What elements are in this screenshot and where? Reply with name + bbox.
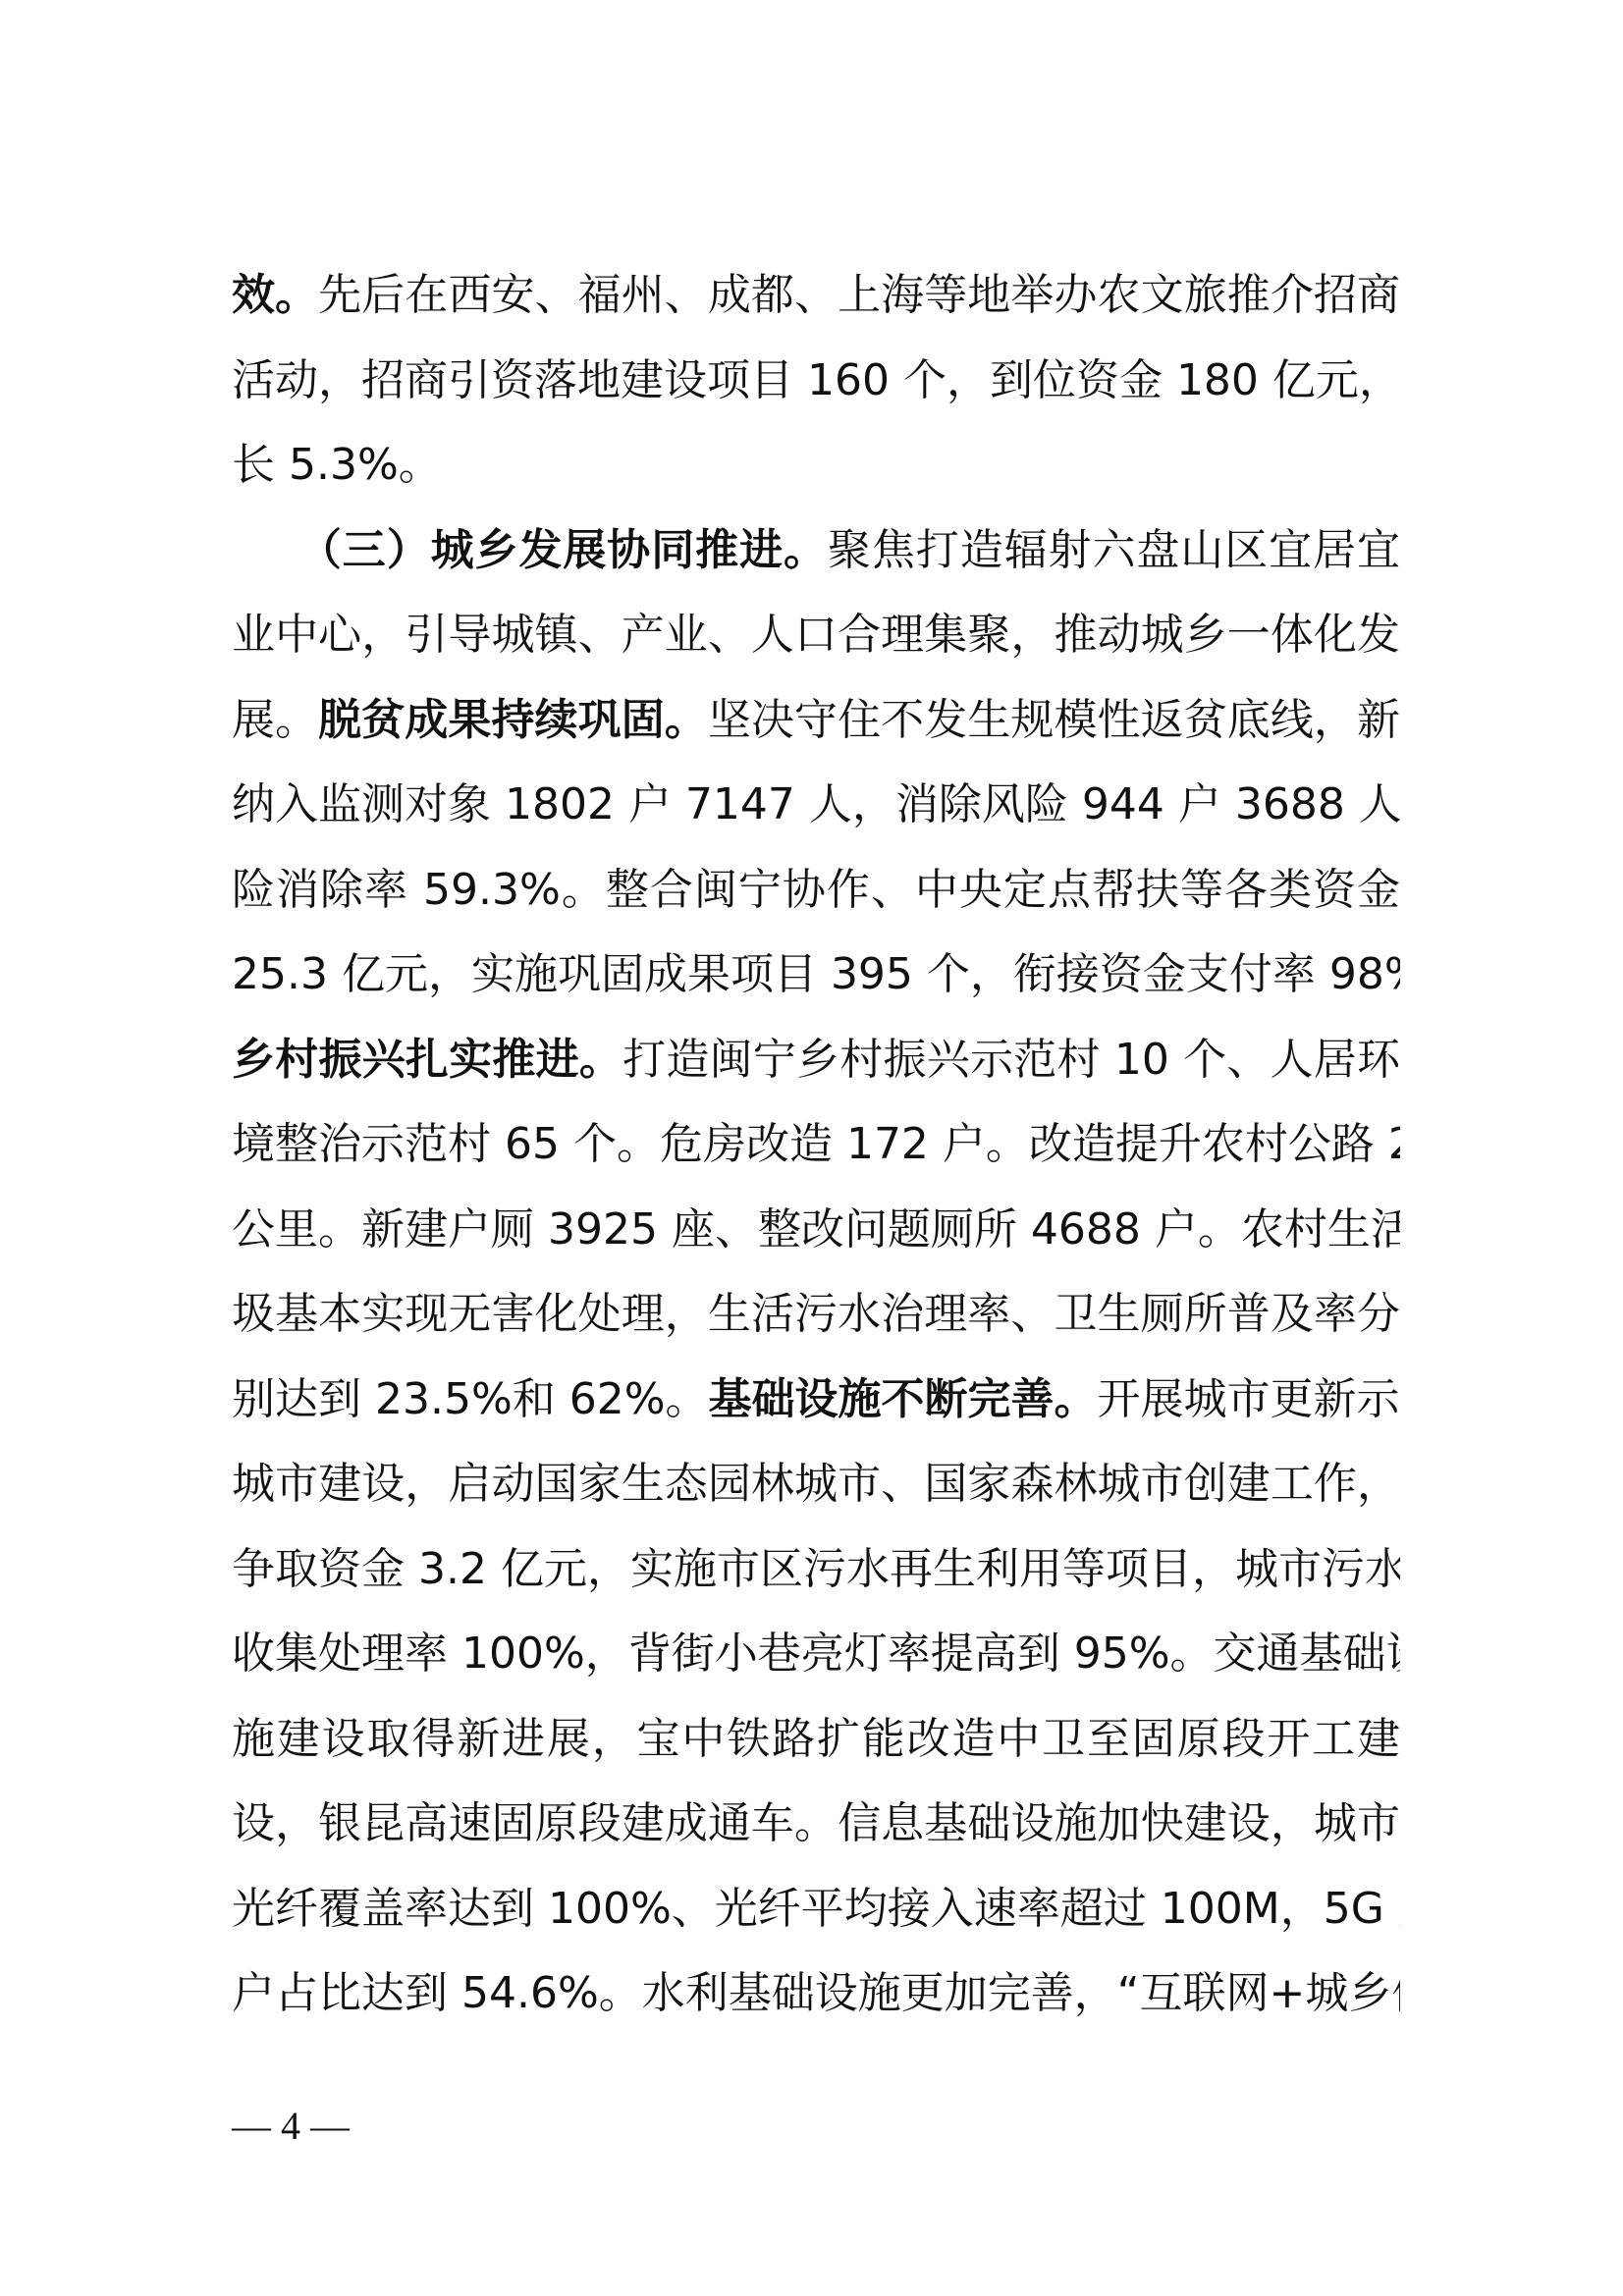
body-text: 纳入监测对象 1802 户 7147 人，消除风险 944 户 3688 人，风: [232, 779, 1400, 829]
body-text: 坚决守住不发生规模性返贫底线，新: [708, 695, 1400, 745]
text-line-4: （三）城乡发展协同推进。聚焦打造辐射六盘山区宜居宜: [232, 508, 1400, 594]
body-text: 争取资金 3.2 亿元，实施市区污水再生利用等项目，城市污水: [232, 1544, 1400, 1594]
bold-phrase: 效。: [232, 270, 318, 320]
bold-phrase: 乡村振兴扎实推进。: [232, 1035, 622, 1085]
text-line-2: 活动，招商引资落地建设项目 160 个，到位资金 180 亿元，增: [232, 339, 1400, 424]
text-line-13: 圾基本实现无害化处理，生活污水治理率、卫生厕所普及率分: [232, 1272, 1400, 1358]
body-text: 圾基本实现无害化处理，生活污水治理率、卫生厕所普及率分: [232, 1289, 1400, 1339]
body-text: 25.3 亿元，实施巩固成果项目 395 个，衔接资金支付率 98%。: [232, 949, 1400, 999]
text-line-12: 公里。新建户厕 3925 座、整改问题厕所 4688 户。农村生活垃: [232, 1188, 1400, 1273]
page-number: — 4 —: [232, 2099, 350, 2154]
body-text: 公里。新建户厕 3925 座、整改问题厕所 4688 户。农村生活垃: [232, 1204, 1400, 1255]
text-line-7: 纳入监测对象 1802 户 7147 人，消除风险 944 户 3688 人，风: [232, 763, 1400, 848]
text-line-14: 别达到 23.5%和 62%。基础设施不断完善。开展城市更新示范: [232, 1358, 1400, 1443]
text-line-8: 险消除率 59.3%。整合闽宁协作、中央定点帮扶等各类资金: [232, 848, 1400, 934]
body-text: 打造闽宁乡村振兴示范村 10 个、人居环: [622, 1035, 1400, 1085]
text-line-5: 业中心，引导城镇、产业、人口合理集聚，推动城乡一体化发: [232, 593, 1400, 678]
text-line-11: 境整治示范村 65 个。危房改造 172 户。改造提升农村公路 2063: [232, 1102, 1400, 1188]
text-line-19: 设，银昆高速固原段建成通车。信息基础设施加快建设，城市: [232, 1782, 1400, 1867]
text-line-21: 户占比达到 54.6%。水利基础设施更加完善，“互联网+城乡供: [232, 1951, 1400, 2037]
text-line-3: 长 5.3%。: [232, 423, 1400, 508]
text-line-9: 25.3 亿元，实施巩固成果项目 395 个，衔接资金支付率 98%。: [232, 933, 1400, 1018]
body-text: 设，银昆高速固原段建成通车。信息基础设施加快建设，城市: [232, 1798, 1400, 1848]
text-line-15: 城市建设，启动国家生态园林城市、国家森林城市创建工作，: [232, 1442, 1400, 1527]
bold-phrase: 基础设施不断完善。: [709, 1374, 1098, 1424]
text-line-6: 展。脱贫成果持续巩固。坚决守住不发生规模性返贫底线，新: [232, 678, 1400, 764]
text-line-16: 争取资金 3.2 亿元，实施市区污水再生利用等项目，城市污水: [232, 1527, 1400, 1613]
body-text: 开展城市更新示范: [1098, 1374, 1400, 1424]
text-line-10: 乡村振兴扎实推进。打造闽宁乡村振兴示范村 10 个、人居环: [232, 1018, 1400, 1103]
body-text: 先后在西安、福州、成都、上海等地举办农文旅推介招商: [318, 270, 1400, 320]
text-line-1: 效。先后在西安、福州、成都、上海等地举办农文旅推介招商: [232, 253, 1400, 339]
body-text: 收集处理率 100%，背街小巷亮灯率提高到 95%。交通基础设: [232, 1629, 1400, 1679]
text-line-17: 收集处理率 100%，背街小巷亮灯率提高到 95%。交通基础设: [232, 1612, 1400, 1697]
body-text: 长 5.3%。: [232, 440, 442, 490]
body-text: 城市建设，启动国家生态园林城市、国家森林城市创建工作，: [232, 1459, 1400, 1509]
bold-phrase: 脱贫成果持续巩固。: [318, 695, 708, 745]
document-body: 效。先后在西安、福州、成都、上海等地举办农文旅推介招商 活动，招商引资落地建设项…: [232, 253, 1400, 2037]
text-line-18: 施建设取得新进展，宝中铁路扩能改造中卫至固原段开工建: [232, 1697, 1400, 1783]
body-text: 别达到 23.5%和 62%。: [232, 1374, 709, 1424]
body-text: 险消除率 59.3%。整合闽宁协作、中央定点帮扶等各类资金: [232, 865, 1400, 915]
body-text: 光纤覆盖率达到 100%、光纤平均接入速率超过 100M，5G 用: [232, 1884, 1400, 1934]
body-text: 展。: [232, 695, 318, 745]
section-heading: （三）城乡发展协同推进。: [232, 525, 828, 575]
text-line-20: 光纤覆盖率达到 100%、光纤平均接入速率超过 100M，5G 用: [232, 1867, 1400, 1952]
body-text: 施建设取得新进展，宝中铁路扩能改造中卫至固原段开工建: [232, 1714, 1400, 1764]
body-text: 活动，招商引资落地建设项目 160 个，到位资金 180 亿元，增: [232, 355, 1400, 405]
body-text: 业中心，引导城镇、产业、人口合理集聚，推动城乡一体化发: [232, 610, 1400, 660]
body-text: 聚焦打造辐射六盘山区宜居宜: [828, 525, 1400, 575]
body-text: 户占比达到 54.6%。水利基础设施更加完善，“互联网+城乡供: [232, 1968, 1400, 2018]
body-text: 境整治示范村 65 个。危房改造 172 户。改造提升农村公路 2063: [232, 1119, 1400, 1169]
